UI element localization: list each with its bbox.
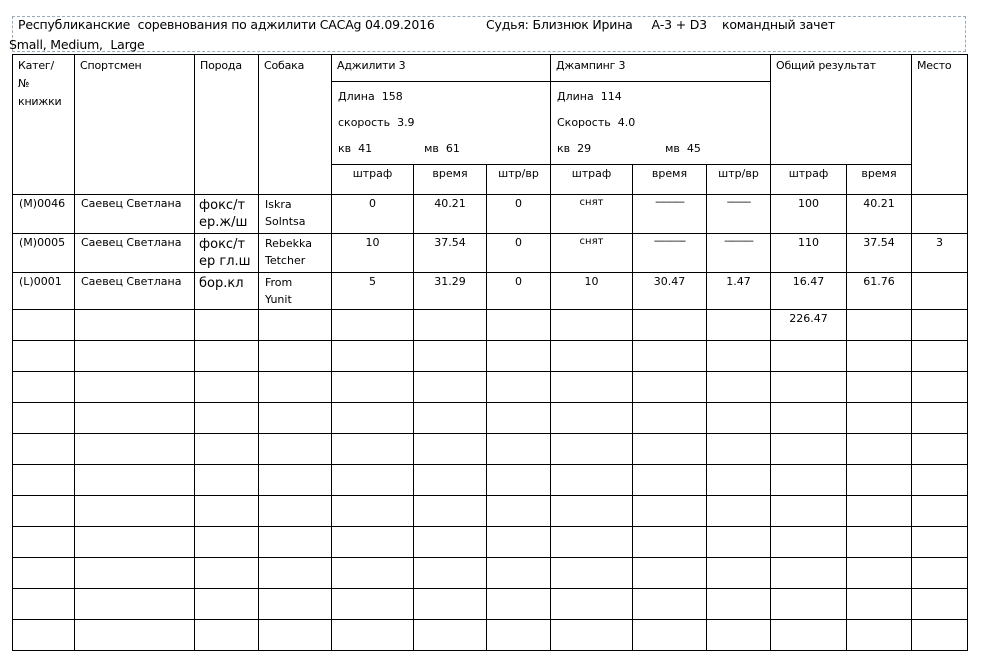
team-total-penalty: 226.47 <box>771 310 847 341</box>
empty-cell <box>487 341 551 372</box>
agility-penalty-cell: 5 <box>332 273 414 310</box>
header-breed: Порода <box>195 55 259 195</box>
agility-penalty-cell: 0 <box>332 195 414 234</box>
empty-cell <box>414 372 487 403</box>
empty-cell <box>487 403 551 434</box>
agility-params: Длина 158 скорость 3.9 кв 41мв 61 <box>332 82 551 165</box>
empty-cell <box>847 589 912 620</box>
empty-cell <box>912 620 968 651</box>
jumping-params: Длина 114 Скорость 4.0 кв 29мв 45 <box>551 82 771 165</box>
empty-cell <box>912 310 968 341</box>
breed-cell: фокс/тер гл.ш <box>195 234 259 273</box>
empty-cell <box>847 372 912 403</box>
empty-cell <box>551 558 633 589</box>
breed-cell: бор.кл <box>195 273 259 310</box>
empty-cell <box>847 620 912 651</box>
agility-kv-mv: кв 41мв 61 <box>338 136 544 162</box>
empty-row <box>13 589 968 620</box>
header-jumping: Джампинг 3 <box>551 55 771 82</box>
empty-cell <box>13 310 75 341</box>
empty-cell <box>633 434 707 465</box>
empty-row <box>13 527 968 558</box>
empty-cell <box>414 465 487 496</box>
empty-cell <box>633 465 707 496</box>
empty-cell <box>771 465 847 496</box>
empty-cell <box>551 372 633 403</box>
empty-cell <box>195 372 259 403</box>
dog-cell: RebekkaTetcher <box>259 234 332 273</box>
agility-time-header: время <box>414 165 487 195</box>
empty-cell <box>771 341 847 372</box>
empty-cell <box>633 341 707 372</box>
empty-cell <box>912 496 968 527</box>
empty-cell <box>75 310 195 341</box>
empty-cell <box>332 310 414 341</box>
empty-cell <box>13 372 75 403</box>
jumping-kv-mv: кв 29мв 45 <box>557 136 764 162</box>
empty-cell <box>847 310 912 341</box>
jumping-length: Длина 114 <box>557 84 764 110</box>
empty-cell <box>847 341 912 372</box>
empty-row <box>13 434 968 465</box>
header-athlete: Спортсмен <box>75 55 195 195</box>
empty-cell <box>414 527 487 558</box>
empty-cell <box>195 558 259 589</box>
empty-cell <box>13 589 75 620</box>
category-cell: (M)0046 <box>13 195 75 234</box>
empty-cell <box>707 310 771 341</box>
place-cell <box>912 273 968 310</box>
total-time-cell: 40.21 <box>847 195 912 234</box>
empty-cell <box>487 620 551 651</box>
empty-cell <box>195 589 259 620</box>
jumping-penalty-header: штраф <box>551 165 633 195</box>
place-cell: 3 <box>912 234 968 273</box>
header-category: Катег/ № книжки <box>13 55 75 195</box>
table-row: (L)0001Саевец Светланабор.клFromYunit531… <box>13 273 968 310</box>
agility-speed: скорость 3.9 <box>338 110 544 136</box>
category-cell: (L)0001 <box>13 273 75 310</box>
empty-cell <box>771 434 847 465</box>
table-row: (M)0046Саевец Светланафокс/тер.ж/шIskraS… <box>13 195 968 234</box>
empty-cell <box>414 403 487 434</box>
empty-cell <box>195 527 259 558</box>
dog-cell: IskraSolntsa <box>259 195 332 234</box>
athlete-cell: Саевец Светлана <box>75 273 195 310</box>
empty-cell <box>633 403 707 434</box>
table-row: (M)0005Саевец Светланафокс/тер гл.шRebek… <box>13 234 968 273</box>
empty-cell <box>487 434 551 465</box>
empty-cell <box>912 403 968 434</box>
jumping-penalty-cell: снят <box>551 195 633 234</box>
athlete-cell: Саевец Светлана <box>75 234 195 273</box>
empty-cell <box>707 496 771 527</box>
total-penalty-cell: 16.47 <box>771 273 847 310</box>
empty-cell <box>707 527 771 558</box>
empty-row <box>13 496 968 527</box>
empty-cell <box>75 372 195 403</box>
empty-cell <box>259 496 332 527</box>
empty-cell <box>75 527 195 558</box>
empty-cell <box>13 403 75 434</box>
empty-cell <box>414 434 487 465</box>
empty-cell <box>707 558 771 589</box>
empty-cell <box>13 341 75 372</box>
empty-cell <box>414 620 487 651</box>
empty-cell <box>771 589 847 620</box>
total-penalty-header: штраф <box>771 165 847 195</box>
empty-cell <box>551 620 633 651</box>
empty-cell <box>912 558 968 589</box>
agility-pen-time-cell: 0 <box>487 273 551 310</box>
jumping-time-cell: ----------- <box>633 195 707 234</box>
empty-cell <box>259 465 332 496</box>
agility-time-cell: 31.29 <box>414 273 487 310</box>
jumping-pen-time-cell: ----------- <box>707 234 771 273</box>
agility-penalty-header: штраф <box>332 165 414 195</box>
empty-cell <box>912 434 968 465</box>
empty-cell <box>771 620 847 651</box>
agility-pen-time-cell: 0 <box>487 195 551 234</box>
empty-cell <box>487 558 551 589</box>
header-agility: Аджилити 3 <box>332 55 551 82</box>
empty-cell <box>847 465 912 496</box>
jumping-pen-time-header: штр/вр <box>707 165 771 195</box>
empty-cell <box>707 403 771 434</box>
empty-cell <box>259 403 332 434</box>
jumping-penalty-cell: 10 <box>551 273 633 310</box>
empty-cell <box>259 372 332 403</box>
empty-cell <box>332 372 414 403</box>
competition-title: Республиканские соревнования по аджилити… <box>18 17 435 32</box>
agility-time-cell: 40.21 <box>414 195 487 234</box>
empty-cell <box>771 527 847 558</box>
empty-cell <box>707 434 771 465</box>
empty-row <box>13 372 968 403</box>
breed-cell: фокс/тер.ж/ш <box>195 195 259 234</box>
empty-row <box>13 341 968 372</box>
empty-cell <box>487 465 551 496</box>
total-penalty-cell: 100 <box>771 195 847 234</box>
empty-cell <box>912 341 968 372</box>
empty-cell <box>633 372 707 403</box>
empty-cell <box>551 434 633 465</box>
empty-cell <box>195 341 259 372</box>
empty-cell <box>259 341 332 372</box>
empty-cell <box>332 527 414 558</box>
jumping-time-cell: ------------ <box>633 234 707 273</box>
empty-cell <box>707 341 771 372</box>
empty-cell <box>707 589 771 620</box>
empty-cell <box>847 403 912 434</box>
empty-cell <box>259 620 332 651</box>
empty-cell <box>551 465 633 496</box>
empty-cell <box>332 341 414 372</box>
empty-cell <box>259 558 332 589</box>
empty-cell <box>13 496 75 527</box>
empty-cell <box>707 620 771 651</box>
empty-cell <box>551 527 633 558</box>
agility-pen-time-cell: 0 <box>487 234 551 273</box>
header-place: Место <box>912 55 968 195</box>
empty-cell <box>75 465 195 496</box>
empty-cell <box>847 527 912 558</box>
empty-cell <box>633 620 707 651</box>
empty-cell <box>912 372 968 403</box>
total-time-cell: 37.54 <box>847 234 912 273</box>
empty-cell <box>551 496 633 527</box>
header-dog: Собака <box>259 55 332 195</box>
empty-cell <box>259 589 332 620</box>
empty-cell <box>487 589 551 620</box>
empty-cell <box>332 620 414 651</box>
empty-cell <box>414 558 487 589</box>
empty-cell <box>259 527 332 558</box>
jumping-time-cell: 30.47 <box>633 273 707 310</box>
empty-cell <box>195 465 259 496</box>
total-time-cell: 61.76 <box>847 273 912 310</box>
total-penalty-cell: 110 <box>771 234 847 273</box>
agility-time-cell: 37.54 <box>414 234 487 273</box>
results-table: Катег/ № книжки Спортсмен Порода Собака … <box>12 54 968 651</box>
agility-pen-time-header: штр/вр <box>487 165 551 195</box>
empty-cell <box>75 341 195 372</box>
empty-cell <box>414 341 487 372</box>
empty-cell <box>487 496 551 527</box>
empty-cell <box>487 310 551 341</box>
empty-cell <box>414 496 487 527</box>
empty-cell <box>551 403 633 434</box>
empty-cell <box>771 558 847 589</box>
jumping-penalty-cell: снят <box>551 234 633 273</box>
empty-cell <box>75 403 195 434</box>
empty-cell <box>414 310 487 341</box>
empty-row <box>13 558 968 589</box>
empty-cell <box>259 434 332 465</box>
empty-cell <box>707 465 771 496</box>
empty-cell <box>847 558 912 589</box>
jumping-pen-time-cell: 1.47 <box>707 273 771 310</box>
empty-cell <box>912 465 968 496</box>
jumping-pen-time-cell: --------- <box>707 195 771 234</box>
dog-cell: FromYunit <box>259 273 332 310</box>
empty-cell <box>847 496 912 527</box>
jumping-time-header: время <box>633 165 707 195</box>
empty-cell <box>195 310 259 341</box>
empty-cell <box>195 403 259 434</box>
empty-cell <box>633 496 707 527</box>
judge-info: Судья: Близнюк Ирина А-3 + D3 командный … <box>486 17 835 32</box>
empty-cell <box>259 310 332 341</box>
empty-row <box>13 403 968 434</box>
empty-cell <box>195 496 259 527</box>
empty-cell <box>13 527 75 558</box>
empty-cell <box>332 465 414 496</box>
empty-cell <box>633 589 707 620</box>
athlete-cell: Саевец Светлана <box>75 195 195 234</box>
empty-cell <box>13 558 75 589</box>
empty-cell <box>332 403 414 434</box>
empty-cell <box>551 310 633 341</box>
empty-cell <box>551 341 633 372</box>
empty-cell <box>75 496 195 527</box>
empty-cell <box>771 372 847 403</box>
empty-cell <box>75 620 195 651</box>
empty-cell <box>771 403 847 434</box>
empty-cell <box>75 558 195 589</box>
empty-cell <box>707 372 771 403</box>
empty-cell <box>13 465 75 496</box>
empty-cell <box>487 372 551 403</box>
empty-cell <box>487 527 551 558</box>
header-total: Общий результат <box>771 55 912 165</box>
place-cell <box>912 195 968 234</box>
empty-cell <box>847 434 912 465</box>
class-sizes: Small, Medium, Large <box>9 37 145 52</box>
empty-cell <box>332 558 414 589</box>
empty-cell <box>332 589 414 620</box>
empty-cell <box>195 620 259 651</box>
empty-cell <box>912 589 968 620</box>
empty-cell <box>414 589 487 620</box>
total-time-header: время <box>847 165 912 195</box>
agility-penalty-cell: 10 <box>332 234 414 273</box>
empty-cell <box>13 620 75 651</box>
jumping-speed: Скорость 4.0 <box>557 110 764 136</box>
empty-row <box>13 465 968 496</box>
empty-cell <box>332 496 414 527</box>
empty-cell <box>633 310 707 341</box>
empty-cell <box>912 527 968 558</box>
team-total-row: 226.47 <box>13 310 968 341</box>
empty-cell <box>75 434 195 465</box>
empty-cell <box>332 434 414 465</box>
empty-cell <box>771 496 847 527</box>
empty-row <box>13 620 968 651</box>
empty-cell <box>633 558 707 589</box>
agility-length: Длина 158 <box>338 84 544 110</box>
empty-cell <box>633 527 707 558</box>
empty-cell <box>195 434 259 465</box>
empty-cell <box>75 589 195 620</box>
category-cell: (M)0005 <box>13 234 75 273</box>
empty-cell <box>13 434 75 465</box>
empty-cell <box>551 589 633 620</box>
